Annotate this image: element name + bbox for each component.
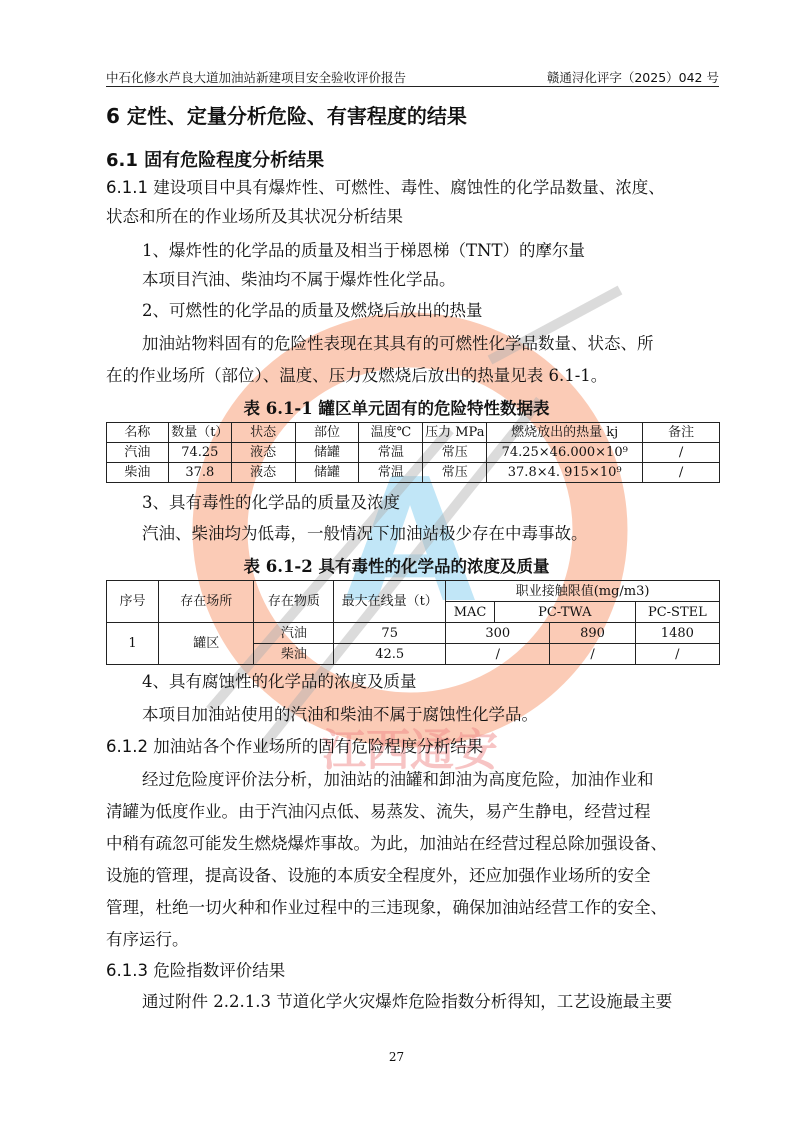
para-6-1-2-line1: 经过危险度评价法分析，加油站的油罐和卸油为高度危险，加油作业和 — [106, 766, 757, 793]
item-2-text-line1: 加油站物料固有的危险性表现在其具有的可燃性化学品数量、状态、所 — [106, 330, 757, 357]
table-cell: 常压 — [423, 463, 487, 483]
table-cell: / — [643, 463, 720, 483]
table-header-cell: MAC — [446, 602, 495, 623]
table-header-cell: 温度℃ — [359, 423, 423, 443]
table-header-cell: 状态 — [231, 423, 295, 443]
table-cell: / — [446, 644, 550, 665]
table-cell: 300 — [446, 623, 550, 644]
heading-6-1-3: 6.1.3 危险指数评价结果 — [106, 957, 721, 984]
heading-6-1-2: 6.1.2 加油站各个作业场所的固有危险程度分析结果 — [106, 733, 721, 760]
item-3-title: 3、具有毒性的化学品的质量及浓度 — [106, 489, 757, 516]
table-cell: 1480 — [635, 623, 719, 644]
table-cell: 汽油 — [254, 623, 334, 644]
table-row: 1 罐区 汽油 75 300 890 1480 — [107, 623, 720, 644]
item-2-title: 2、可燃性的化学品的质量及燃烧后放出的热量 — [106, 297, 757, 324]
table-cell: 74.25 — [168, 443, 231, 463]
table-header-cell: 压力 MPa — [423, 423, 487, 443]
para-6-1-2-line5: 管理，杜绝一切火种和作业过程中的三违现象，确保加油站经营工作的安全、 — [106, 894, 721, 921]
item-4-text: 本项目加油站使用的汽油和柴油不属于腐蚀性化学品。 — [106, 701, 757, 728]
item-3-text: 汽油、柴油均为低毒，一般情况下加油站极少存在中毒事故。 — [106, 520, 757, 547]
table-header-cell: 数量（t） — [168, 423, 231, 443]
table-cell: 罐区 — [159, 623, 254, 665]
table-cell: / — [550, 644, 635, 665]
para-6-1-2-line6: 有序运行。 — [106, 926, 721, 953]
item-2-text-line2: 在的作业场所（部位）、温度、压力及燃烧后放出的热量见表 6.1-1。 — [106, 362, 721, 389]
table-2-caption: 表 6.1-2 具有毒性的化学品的浓度及质量 — [0, 553, 793, 577]
heading-6-1-1-line2: 状态和所在的作业场所及其状况分析结果 — [106, 203, 721, 230]
section-title: 6 定性、定量分析危险、有害程度的结果 — [106, 100, 467, 129]
table-row: 汽油 74.25 液态 储罐 常温 常压 74.25×46.000×10⁹ / — [107, 443, 720, 463]
page-number: 27 — [0, 1050, 793, 1064]
table-header-cell: 序号 — [107, 581, 159, 623]
item-4-title: 4、具有腐蚀性的化学品的浓度及质量 — [106, 668, 757, 695]
table-2-header-row-1: 序号 存在场所 存在物质 最大在线量（t） 职业接触限值(mg/m3) — [107, 581, 720, 602]
table-cell: 液态 — [231, 443, 295, 463]
para-6-1-3-line1: 通过附件 2.2.1.3 节道化学火灾爆炸危险指数分析得知，工艺设施最主要 — [106, 988, 757, 1015]
report-number: 赣通浔化评字（2025）042 号 — [547, 68, 719, 86]
subsection-title: 6.1 固有危险程度分析结果 — [106, 146, 324, 172]
table-1: 名称 数量（t） 状态 部位 温度℃ 压力 MPa 燃烧放出的热量 kj 备注 … — [106, 422, 720, 483]
table-header-cell: 职业接触限值(mg/m3) — [446, 581, 720, 602]
table-cell: / — [643, 443, 720, 463]
para-6-1-2-line4: 设施的管理，提高设备、设施的本质安全程度外，还应加强作业场所的安全 — [106, 862, 721, 889]
table-cell: 75 — [334, 623, 446, 644]
table-cell: 1 — [107, 623, 159, 665]
table-header-cell: 存在场所 — [159, 581, 254, 623]
table-cell: / — [635, 644, 719, 665]
table-cell: 储罐 — [295, 463, 359, 483]
para-6-1-2-line2: 清罐为低度作业。由于汽油闪点低、易蒸发、流失，易产生静电，经营过程 — [106, 798, 721, 825]
page-header: 中石化修水芦良大道加油站新建项目安全验收评价报告 赣通浔化评字（2025）042… — [106, 66, 719, 87]
table-cell: 37.8×4. 915×10⁹ — [487, 463, 643, 483]
table-header-cell: PC-STEL — [635, 602, 719, 623]
table-cell: 液态 — [231, 463, 295, 483]
para-6-1-2-line3: 中稍有疏忽可能发生燃烧爆炸事故。为此，加油站在经营过程总除加强设备、 — [106, 830, 721, 857]
table-row: 柴油 37.8 液态 储罐 常温 常压 37.8×4. 915×10⁹ / — [107, 463, 720, 483]
item-1-text: 本项目汽油、柴油均不属于爆炸性化学品。 — [106, 266, 757, 293]
table-header-cell: 存在物质 — [254, 581, 334, 623]
table-header-cell: PC-TWA — [494, 602, 635, 623]
document-page: A 江西通安 中石化修水芦良大道加油站新建项目安全验收评价报告 赣通浔化评字（2… — [0, 0, 793, 1122]
table-cell: 柴油 — [107, 463, 169, 483]
table-cell: 汽油 — [107, 443, 169, 463]
table-2: 序号 存在场所 存在物质 最大在线量（t） 职业接触限值(mg/m3) MAC … — [106, 580, 720, 665]
table-cell: 储罐 — [295, 443, 359, 463]
table-cell: 常温 — [359, 463, 423, 483]
heading-6-1-1-line1: 6.1.1 建设项目中具有爆炸性、可燃性、毒性、腐蚀性的化学品数量、浓度、 — [106, 174, 721, 201]
table-header-cell: 名称 — [107, 423, 169, 443]
table-cell: 42.5 — [334, 644, 446, 665]
table-header-cell: 备注 — [643, 423, 720, 443]
table-cell: 常压 — [423, 443, 487, 463]
table-1-caption: 表 6.1-1 罐区单元固有的危险特性数据表 — [0, 395, 793, 419]
table-cell: 890 — [550, 623, 635, 644]
table-cell: 常温 — [359, 443, 423, 463]
table-header-cell: 最大在线量（t） — [334, 581, 446, 623]
table-cell: 柴油 — [254, 644, 334, 665]
report-title: 中石化修水芦良大道加油站新建项目安全验收评价报告 — [106, 68, 406, 86]
table-header-cell: 部位 — [295, 423, 359, 443]
table-cell: 37.8 — [168, 463, 231, 483]
item-1-title: 1、爆炸性的化学品的质量及相当于梯恩梯（TNT）的摩尔量 — [106, 237, 757, 264]
table-1-header-row: 名称 数量（t） 状态 部位 温度℃ 压力 MPa 燃烧放出的热量 kj 备注 — [107, 423, 720, 443]
table-cell: 74.25×46.000×10⁹ — [487, 443, 643, 463]
table-header-cell: 燃烧放出的热量 kj — [487, 423, 643, 443]
